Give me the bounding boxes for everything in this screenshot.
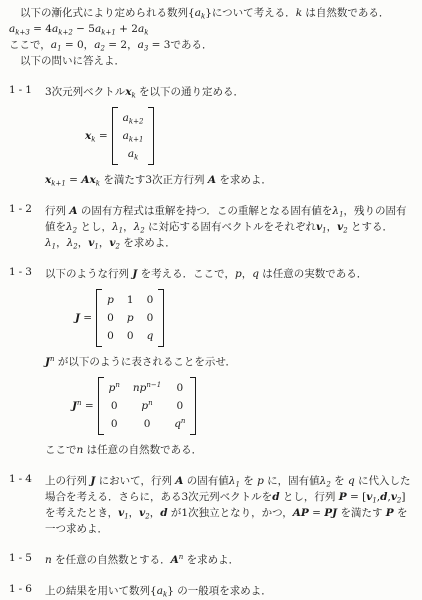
math-segment: = [ <box>347 491 367 503</box>
math-segment: 0 <box>176 382 183 394</box>
matrix-grid: p100p000q <box>102 289 158 347</box>
math-segment: 3次元列ベクトル <box>45 86 125 98</box>
math-segment: } の一般項を求めよ． <box>167 585 272 597</box>
recurrence-formula: ak+3 = 4ak+2 − 5ak+1 + 2ak <box>9 21 414 37</box>
math-segment: k+3 <box>15 28 30 36</box>
math-segment: λ <box>66 221 73 233</box>
math-segment: p <box>257 475 264 487</box>
math-segment: A <box>208 174 216 186</box>
math-segment: = 3である． <box>148 39 212 51</box>
math-segment: q <box>147 330 154 342</box>
math-segment: P <box>386 507 394 519</box>
math-segment: 1 <box>127 294 134 306</box>
math-segment: において，行列 <box>95 475 175 487</box>
matrix-cell: p <box>107 291 114 309</box>
math-segment: A <box>69 205 77 217</box>
matrix-cell: p <box>127 309 134 327</box>
initial-conditions: ここで，a1 = 0，a2 = 2，a3 = 3である． <box>9 37 414 53</box>
math-segment: とする． <box>348 221 393 233</box>
math-segment: q <box>252 268 259 280</box>
question-1-3: 1-3 以下のような行列 J を考える．ここで，p，q は任意の実数である． J… <box>9 266 414 458</box>
math-segment: ， <box>78 237 89 249</box>
matrix-cell: ak+1 <box>123 127 144 145</box>
matrix-cell: 1 <box>127 291 134 309</box>
question-1-2: 1-2 行列 A の固有方程式は重解を持つ．この重解となる固有値をλ1，残りの固… <box>9 203 414 251</box>
math-segment: = <box>81 400 93 412</box>
question-1-4-label: 1-4 <box>9 473 45 537</box>
math-segment: の固有方程式は重解を持つ．この重解となる固有値を <box>78 205 333 217</box>
intro-line: 以下の漸化式により定められる数列{ak}について考える．k は自然数である． <box>9 5 414 21</box>
math-segment: 0 <box>147 312 154 324</box>
matrix-cell: 0 <box>176 397 183 415</box>
math-segment: を考える．ここで， <box>137 268 235 280</box>
math-segment: を求めよ． <box>120 237 176 249</box>
question-1-5: 1-5 n を任意の自然数とする．An を求めよ． <box>9 552 414 568</box>
math-segment: ， <box>56 237 67 249</box>
matrix-cell: ak <box>128 145 139 163</box>
question-1-1-body: 3次元列ベクトルxk を以下の通り定める． xk = ak+2ak+1ak xk… <box>45 84 414 188</box>
math-segment: − 5 <box>73 23 95 35</box>
xk-vector-definition: xk = ak+2ak+1ak <box>85 107 414 165</box>
math-segment: p <box>235 268 242 280</box>
math-segment: k+2 <box>58 28 73 36</box>
matrix-cell: ak+2 <box>123 109 144 127</box>
math-segment: 0 <box>144 418 151 430</box>
math-segment: の固有値 <box>183 475 228 487</box>
matrix-lhs: xk = <box>85 128 108 145</box>
math-segment: λ <box>45 237 52 249</box>
matrix-cell: 0 <box>107 327 114 345</box>
right-bracket <box>148 107 154 165</box>
math-segment: p <box>127 312 134 324</box>
math-segment: q <box>348 475 355 487</box>
math-segment: を求めよ． <box>183 554 239 566</box>
math-segment: 0 <box>107 312 114 324</box>
q1-6-text: 上の結果を用いて数列{ak} の一般項を求めよ． <box>45 583 414 599</box>
math-segment: AP <box>293 507 309 519</box>
matrix-grid: pnnpn−100pn000qn <box>104 377 191 435</box>
math-segment: d <box>160 507 167 519</box>
math-segment: とし，行列 <box>280 491 339 503</box>
math-segment: ここで <box>45 444 77 456</box>
q1-1-task: xk+1 = Axk を満たす3次正方行列 A を求めよ． <box>45 172 414 188</box>
q1-3-task: Jn が以下のように表されることを示せ． <box>45 354 414 370</box>
question-1-3-body: 以下のような行列 J を考える．ここで，p，q は任意の実数である． J = p… <box>45 266 414 458</box>
math-segment: ， <box>129 507 140 519</box>
math-segment: k <box>144 28 148 36</box>
math-segment: ， <box>123 221 134 233</box>
q1-5-text: n を任意の自然数とする．An を求めよ． <box>45 552 414 568</box>
math-segment: P <box>339 491 347 503</box>
q1-3-text: 以下のような行列 J を考える．ここで，p，q は任意の実数である． <box>45 266 414 282</box>
matrix-cell: q <box>147 327 154 345</box>
math-segment: を <box>331 475 348 487</box>
math-segment: n <box>148 399 153 407</box>
matrix-cell: pn <box>109 379 120 397</box>
matrix-grid: ak+2ak+1ak <box>118 107 149 165</box>
question-1-6: 1-6 上の結果を用いて数列{ak} の一般項を求めよ． <box>9 583 414 599</box>
matrix-cell: 0 <box>176 379 183 397</box>
matrix-cell: npn−1 <box>133 379 161 397</box>
math-segment: }について考える． <box>205 7 295 19</box>
math-segment: ， <box>150 507 161 519</box>
math-segment: とし， <box>77 221 112 233</box>
math-segment: は自然数である． <box>302 7 389 19</box>
matrix-cell: 0 <box>147 309 154 327</box>
math-segment: は任意の自然数である． <box>83 444 202 456</box>
matrix-brackets: pnnpn−100pn000qn <box>98 377 197 435</box>
matrix-cell: pn <box>141 397 152 415</box>
math-segment: を求めよ． <box>216 174 272 186</box>
math-segment: を任意の自然数とする． <box>52 554 171 566</box>
matrix-cell: 0 <box>107 309 114 327</box>
math-segment: ， <box>99 237 110 249</box>
math-segment: q <box>174 418 181 430</box>
matrix-cell: 0 <box>111 415 118 433</box>
math-segment: 行列 <box>45 205 69 217</box>
math-segment: 0 <box>176 400 183 412</box>
math-segment: 0 <box>147 294 154 306</box>
math-segment: ， <box>242 268 253 280</box>
math-segment: k <box>134 153 138 161</box>
right-bracket <box>190 377 196 435</box>
math-segment: k+1 <box>129 135 144 143</box>
math-segment: 上の行列 <box>45 475 90 487</box>
math-segment: 0 <box>111 418 118 430</box>
question-1-1: 1-1 3次元列ベクトルxk を以下の通り定める． xk = ak+2ak+1a… <box>9 84 414 188</box>
math-segment: が1次独立となり，かつ， <box>168 507 293 519</box>
math-segment: に，固有値 <box>264 475 320 487</box>
matrix-brackets: ak+2ak+1ak <box>112 107 155 165</box>
math-segment: PJ <box>324 507 337 519</box>
math-segment: n <box>115 381 120 389</box>
matrix-lhs: J = <box>75 310 92 327</box>
question-1-3-label: 1-3 <box>9 266 45 458</box>
math-segment: k+1 <box>101 28 116 36</box>
math-segment: = <box>96 130 108 142</box>
q1-3-note: ここでn は任意の自然数である． <box>45 442 414 458</box>
math-segment: 以下の漸化式により定められる数列{ <box>20 7 195 19</box>
math-segment: np <box>133 382 146 394</box>
math-segment: d <box>272 491 279 503</box>
exam-page: 以下の漸化式により定められる数列{ak}について考える．k は自然数である． a… <box>0 0 422 599</box>
question-1-5-label: 1-5 <box>9 552 45 568</box>
J-matrix-definition: J = p100p000q <box>75 289 414 347</box>
math-segment: = 4 <box>30 23 52 35</box>
math-segment: = <box>80 312 92 324</box>
math-segment: = <box>66 174 81 186</box>
question-1-2-body: 行列 A の固有方程式は重解を持つ．この重解となる固有値をλ1，残りの固有値をλ… <box>45 203 414 251</box>
intro-prompt: 以下の問いに答えよ． <box>9 53 414 69</box>
math-segment: 0 <box>127 330 134 342</box>
math-segment: 以下のような行列 <box>45 268 132 280</box>
math-segment: 上の結果を用いて数列{ <box>45 585 157 597</box>
matrix-lhs: Jn = <box>72 398 94 415</box>
question-1-4-body: 上の行列 J において，行列 A の固有値λ1 を p に，固有値λ2 を q … <box>45 473 414 537</box>
math-segment: は任意の実数である． <box>259 268 367 280</box>
right-bracket <box>158 289 164 347</box>
matrix-cell: 0 <box>111 397 118 415</box>
math-segment: A <box>171 554 179 566</box>
question-1-6-body: 上の結果を用いて数列{ak} の一般項を求めよ． <box>45 583 414 599</box>
q1-4-text: 上の行列 J において，行列 A の固有値λ1 を p に，固有値λ2 を q … <box>45 473 414 537</box>
math-segment: k+2 <box>129 117 144 125</box>
math-segment: を以下の通り定める． <box>136 86 244 98</box>
math-segment: p <box>107 294 114 306</box>
math-segment: + 2 <box>116 23 138 35</box>
matrix-cell: 0 <box>144 415 151 433</box>
math-segment: k+1 <box>51 179 66 187</box>
math-segment: n <box>181 417 186 425</box>
q1-1-text: 3次元列ベクトルxk を以下の通り定める． <box>45 84 414 100</box>
math-segment: ここで， <box>9 39 51 51</box>
matrix-cell: 0 <box>127 327 134 345</box>
math-segment: = 0， <box>62 39 95 51</box>
math-segment: に対応する固有ベクトルをそれぞれ <box>145 221 316 233</box>
math-segment: λ <box>112 221 119 233</box>
math-segment: = 2， <box>105 39 138 51</box>
math-segment: n−1 <box>146 381 161 389</box>
question-1-2-label: 1-2 <box>9 203 45 251</box>
math-segment: n <box>45 554 52 566</box>
math-segment: ， <box>327 221 338 233</box>
math-segment: を <box>240 475 257 487</box>
math-segment: 0 <box>107 330 114 342</box>
matrix-cell: qn <box>174 415 185 433</box>
math-segment: = <box>309 507 324 519</box>
math-segment: 0 <box>111 400 118 412</box>
question-1-4: 1-4 上の行列 J において，行列 A の固有値λ1 を p に，固有値λ2 … <box>9 473 414 537</box>
question-1-6-label: 1-6 <box>9 583 45 599</box>
matrix-brackets: p100p000q <box>96 289 164 347</box>
matrix-cell: 0 <box>147 291 154 309</box>
question-1-5-body: n を任意の自然数とする．An を求めよ． <box>45 552 414 568</box>
Jn-matrix-definition: Jn = pnnpn−100pn000qn <box>72 377 414 435</box>
q1-2-text: 行列 A の固有方程式は重解を持つ．この重解となる固有値をλ1，残りの固有値をλ… <box>45 203 414 251</box>
math-segment: を満たす <box>337 507 386 519</box>
math-segment: を満たす3次正方行列 <box>100 174 208 186</box>
math-segment: が以下のように表されることを示せ． <box>54 356 236 368</box>
question-1-1-label: 1-1 <box>9 84 45 188</box>
